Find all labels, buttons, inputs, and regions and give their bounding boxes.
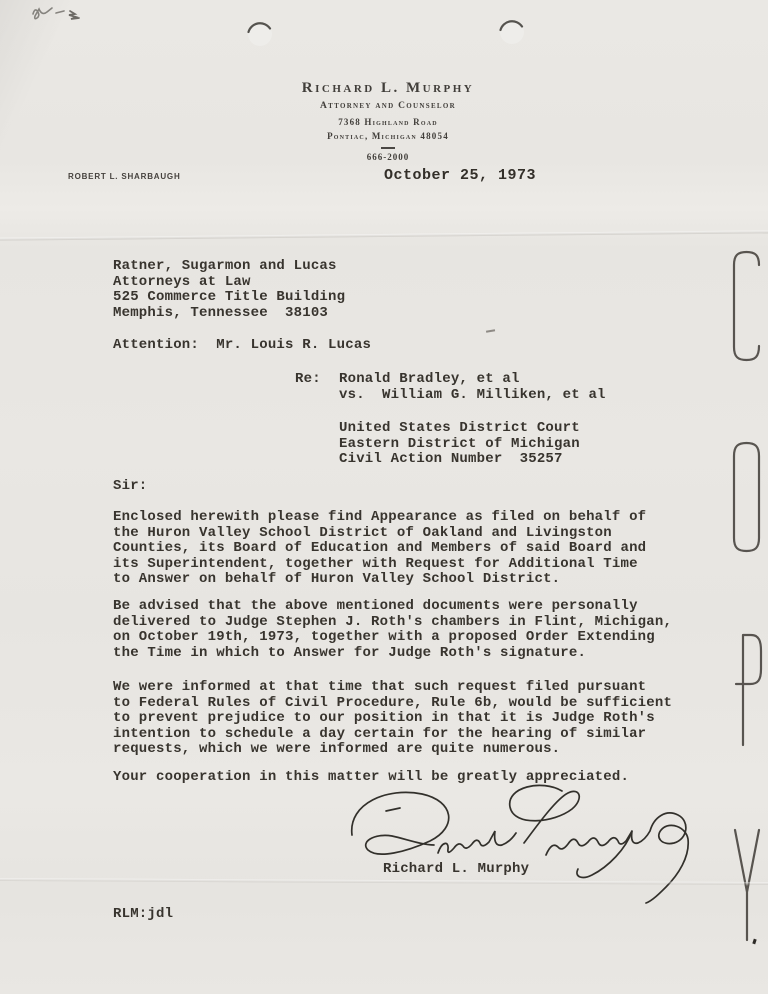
body-paragraph-1: Enclosed herewith please find Appearance… xyxy=(113,510,646,588)
recipient-address: Ratner, Sugarmon and Lucas Attorneys at … xyxy=(113,259,345,321)
re-case-caption: Ronald Bradley, et al vs. William G. Mil… xyxy=(339,372,606,403)
copy-letter-p xyxy=(736,635,761,745)
hole-punch-right xyxy=(497,17,527,47)
reference-initials: RLM:jdl xyxy=(113,907,173,923)
copy-letter-y xyxy=(735,830,759,940)
letterhead-city: Pontiac, Michigan 48054 xyxy=(238,132,538,141)
salutation: Sir: xyxy=(113,479,147,495)
re-court-caption: United States District Court Eastern Dis… xyxy=(339,421,580,468)
letterhead-street: 7368 Highland Road xyxy=(238,118,538,127)
body-paragraph-2: Be advised that the above mentioned docu… xyxy=(113,599,672,661)
letterhead-title: Attorney and Counselor xyxy=(238,101,538,111)
copy-watermark: COPY xyxy=(726,248,766,948)
letter-date: October 25, 1973 xyxy=(384,168,536,184)
re-label: Re: xyxy=(295,372,321,388)
letterhead-divider xyxy=(381,147,395,149)
typed-signature-name: Richard L. Murphy xyxy=(383,862,529,878)
pen-scribble-mark xyxy=(30,4,94,26)
letter-page: Richard L. Murphy Attorney and Counselor… xyxy=(0,0,768,994)
body-paragraph-3: We were informed at that time that such … xyxy=(113,680,672,758)
fold-crease-top xyxy=(0,230,768,241)
letterhead: Richard L. Murphy Attorney and Counselor… xyxy=(238,80,538,162)
hole-punch-left xyxy=(245,19,275,49)
copy-letter-c xyxy=(734,252,759,360)
attention-line: Attention: Mr. Louis R. Lucas xyxy=(113,338,371,354)
signature-scrawl: Richard L. Murphy xyxy=(330,783,700,908)
pen-mark xyxy=(486,329,495,332)
author-reference-name: ROBERT L. SHARBAUGH xyxy=(68,172,181,181)
copy-letter-o xyxy=(734,443,759,551)
letterhead-name: Richard L. Murphy xyxy=(238,80,538,96)
letterhead-phone: 666-2000 xyxy=(238,153,538,162)
